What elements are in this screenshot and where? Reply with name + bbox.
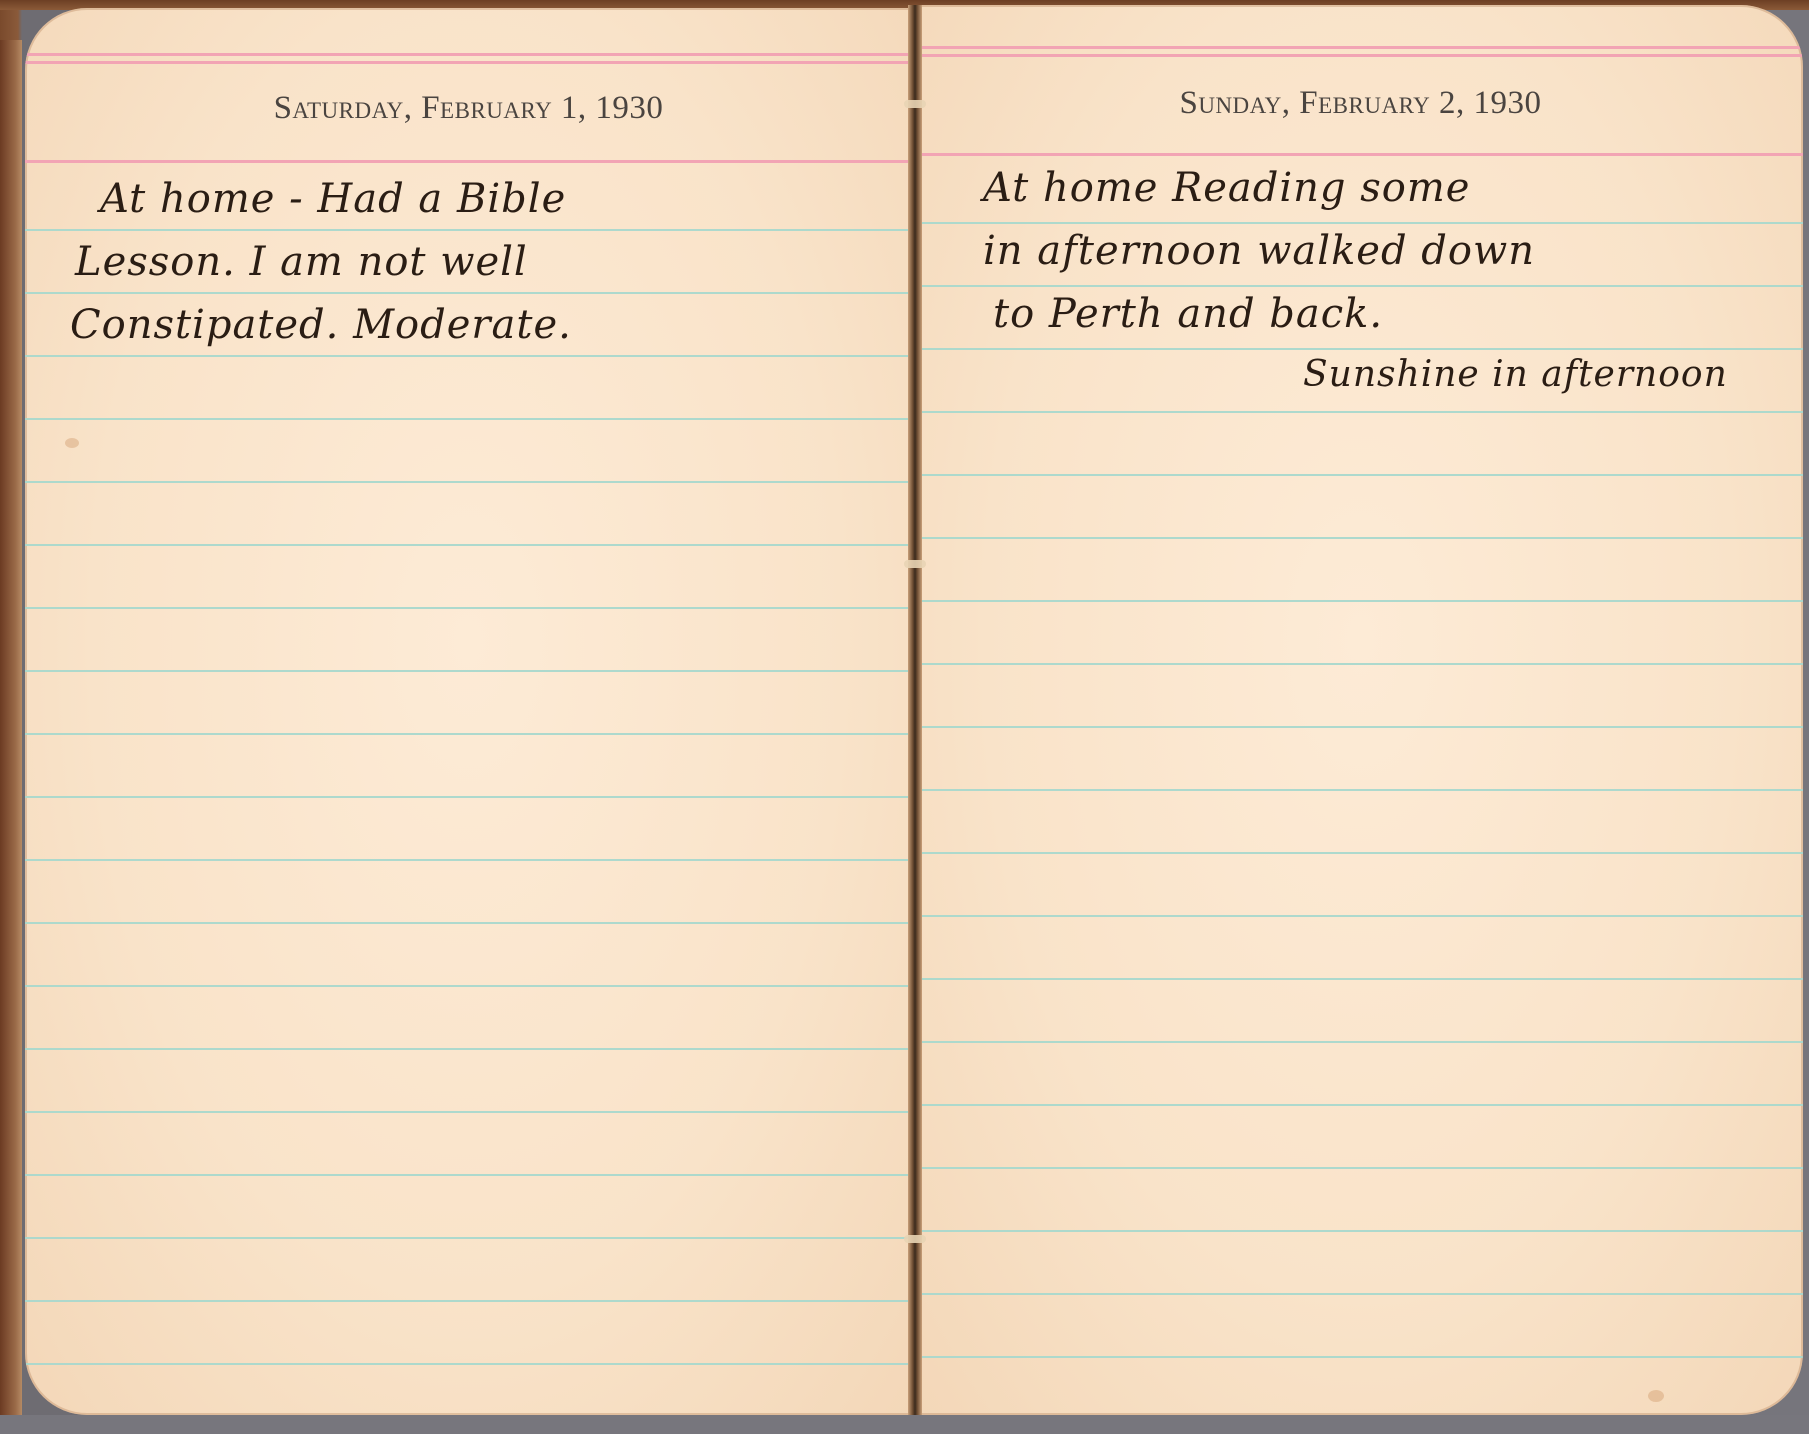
header-rule-top-second (25, 61, 912, 64)
ruled-line (918, 726, 1803, 728)
ruled-line (918, 915, 1803, 917)
handwritten-entry-line: in afternoon walked down (983, 228, 1535, 274)
header-rule-top (25, 53, 912, 56)
ruled-line (918, 852, 1803, 854)
header-rule-bottom (918, 153, 1803, 156)
handwritten-entry-line: to Perth and back. (993, 291, 1383, 337)
background-surface (0, 1415, 1809, 1434)
binding-stitch (904, 100, 926, 108)
handwritten-entry-line: Lesson. I am not well (75, 239, 528, 285)
header-rule-bottom (25, 160, 912, 163)
ruled-line (918, 1167, 1803, 1169)
ruled-line (25, 796, 912, 798)
ruled-line (918, 1293, 1803, 1295)
ruled-line (25, 229, 912, 231)
ruled-line (25, 1048, 912, 1050)
ruled-line (25, 1174, 912, 1176)
ruled-line (918, 348, 1803, 350)
ruled-line (25, 1111, 912, 1113)
diary-page-left: Saturday, February 1, 1930 At home - Had… (25, 8, 912, 1415)
ruled-line (25, 1237, 912, 1239)
ruled-line (918, 1041, 1803, 1043)
page-date-header: Saturday, February 1, 1930 (25, 90, 912, 127)
book-spine-gutter (908, 5, 922, 1415)
handwritten-entry-line: At home - Had a Bible (100, 176, 566, 222)
ruled-line (25, 355, 912, 357)
ruled-line (918, 285, 1803, 287)
ruled-line (918, 789, 1803, 791)
binding-stitch (904, 560, 926, 568)
binding-stitch (904, 1235, 926, 1243)
ruled-line (918, 474, 1803, 476)
ruled-line (918, 537, 1803, 539)
ruled-line (918, 1230, 1803, 1232)
ruled-line (25, 607, 912, 609)
handwritten-entry-line: Sunshine in afternoon (1303, 354, 1728, 395)
ruled-line (25, 544, 912, 546)
ruled-line (25, 1300, 912, 1302)
page-date-header: Sunday, February 2, 1930 (918, 85, 1803, 122)
ruled-line (25, 292, 912, 294)
ruled-line (918, 663, 1803, 665)
ruled-line (25, 922, 912, 924)
ruled-line (918, 600, 1803, 602)
header-rule-top (918, 46, 1803, 49)
handwritten-entry-line: Constipated. Moderate. (70, 302, 572, 348)
ruled-line (25, 985, 912, 987)
header-rule-top-second (918, 54, 1803, 57)
diary-page-right: Sunday, February 2, 1930 At home Reading… (918, 5, 1803, 1415)
paper-stain (65, 438, 79, 448)
handwritten-entry-line: At home Reading some (983, 165, 1470, 211)
ruled-line (918, 411, 1803, 413)
ruled-line (918, 1104, 1803, 1106)
ruled-line (25, 859, 912, 861)
ruled-line (25, 733, 912, 735)
paper-stain (1648, 1390, 1664, 1402)
ruled-line (918, 222, 1803, 224)
ruled-line (25, 1363, 912, 1365)
ruled-line (25, 670, 912, 672)
book-cover-left-edge (0, 40, 22, 1434)
ruled-line (918, 978, 1803, 980)
ruled-line (25, 481, 912, 483)
ruled-line (918, 1356, 1803, 1358)
ruled-line (25, 418, 912, 420)
